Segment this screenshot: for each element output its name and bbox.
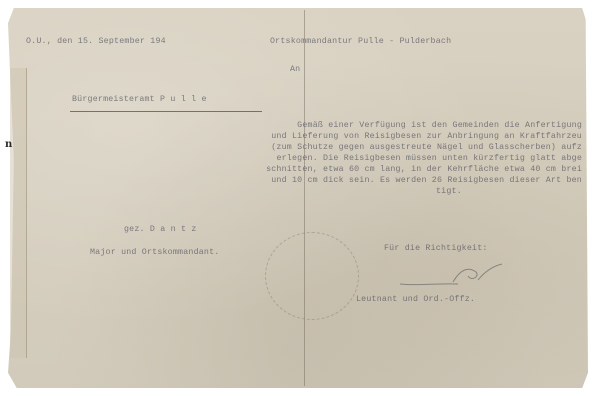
margin-mark: n	[5, 139, 12, 150]
round-stamp-icon	[265, 232, 359, 320]
body-line: und 10 cm dick sein. Es werden 26 Reisig…	[30, 177, 582, 185]
body-line: erlegen. Die Reisigbesen müssen unten kü…	[30, 155, 582, 163]
sender-line: Ortskommandantur Pulle - Pulderbach	[270, 38, 451, 46]
certification-title: Leutnant und Ord.-Offz.	[356, 296, 475, 304]
signed-name: gez. D a n t z	[124, 226, 197, 234]
body-line: schnitten, etwa 60 cm lang, in der Kehrf…	[30, 166, 582, 174]
signer-title: Major und Ortskommandant.	[90, 249, 219, 257]
certification-label: Für die Richtigkeit:	[384, 245, 488, 253]
recipient-underline	[70, 111, 262, 112]
document-scan: n Ortskommandantur Pulle - Pulderbach O.…	[0, 0, 600, 396]
center-fold-line	[304, 10, 305, 386]
place-date: O.U., den 15. September 194	[26, 38, 166, 46]
recipient-prefix: An	[290, 66, 300, 74]
body-line: und Lieferung von Reisigbesen zur Anbrin…	[30, 133, 582, 141]
body-line: Gemäß einer Verfügung ist den Gemeinden …	[30, 122, 582, 130]
body-line: (zum Schutze gegen ausgestreute Nägel un…	[30, 144, 582, 152]
handwritten-signature-icon	[398, 262, 508, 292]
torn-left-edge	[10, 68, 27, 358]
recipient-name: Bürgermeisteramt P u l l e	[72, 96, 207, 104]
body-line: tigt.	[436, 188, 462, 196]
